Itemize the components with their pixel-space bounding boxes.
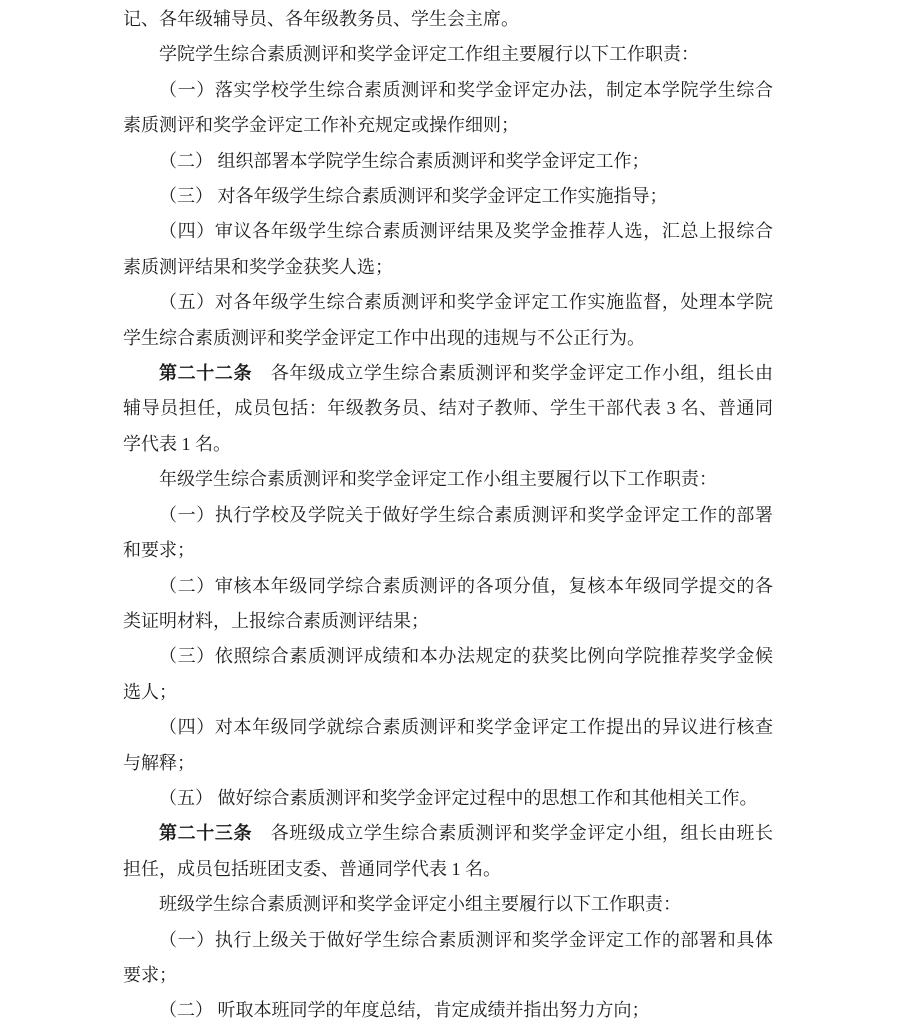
text-run: 素质测评结果和奖学金获奖人选；	[123, 257, 393, 277]
text-line: （二）审核本年级同学综合素质测评的各项分值，复核本年级同学提交的各	[123, 569, 773, 604]
text-line: 学院学生综合素质测评和奖学金评定工作组主要履行以下工作职责：	[123, 37, 773, 72]
text-line: 素质测评和奖学金评定工作补充规定或操作细则；	[123, 108, 773, 143]
text-line: 辅导员担任，成员包括：年级教务员、结对子教师、学生干部代表 3 名、普通同	[123, 391, 773, 426]
text-run: （二） 听取本班同学的年度总结，肯定成绩并指出努力方向；	[159, 1000, 650, 1020]
text-run: 选人；	[123, 682, 177, 702]
text-line: （四）对本年级同学就综合素质测评和奖学金评定工作提出的异议进行核查	[123, 710, 773, 745]
text-run: （一）执行上级关于做好学生综合素质测评和奖学金评定工作的部署和具体	[159, 930, 773, 950]
text-run: 年级学生综合素质测评和奖学金评定工作小组主要履行以下工作职责：	[159, 469, 717, 489]
article-number-bold-run: 第二十二条	[159, 363, 252, 383]
text-run: 与解释；	[123, 753, 195, 773]
text-line: （三） 对各年级学生综合素质测评和奖学金评定工作实施指导；	[123, 179, 773, 214]
text-line: （一）落实学校学生综合素质测评和奖学金评定办法，制定本学院学生综合	[123, 73, 773, 108]
text-line: 素质测评结果和奖学金获奖人选；	[123, 250, 773, 285]
text-run: 要求；	[123, 965, 177, 985]
text-line: 年级学生综合素质测评和奖学金评定工作小组主要履行以下工作职责：	[123, 462, 773, 497]
text-run: （五） 做好综合素质测评和奖学金评定过程中的思想工作和其他相关工作。	[159, 788, 758, 808]
text-line: 类证明材料，上报综合素质测评结果；	[123, 604, 773, 639]
text-line: 与解释；	[123, 746, 773, 781]
text-line: 和要求；	[123, 533, 773, 568]
text-run: 类证明材料，上报综合素质测评结果；	[123, 611, 429, 631]
text-line: 担任，成员包括班团支委、普通同学代表 1 名。	[123, 852, 773, 887]
text-run: 各年级成立学生综合素质测评和奖学金评定工作小组，组长由	[252, 363, 773, 383]
text-line: 学生综合素质测评和奖学金评定工作中出现的违规与不公正行为。	[123, 321, 773, 356]
text-line: （一）执行上级关于做好学生综合素质测评和奖学金评定工作的部署和具体	[123, 923, 773, 958]
text-run: 各班级成立学生综合素质测评和奖学金评定小组，组长由班长	[252, 823, 773, 843]
text-line: 班级学生综合素质测评和奖学金评定小组主要履行以下工作职责：	[123, 887, 773, 922]
text-run: （二） 组织部署本学院学生综合素质测评和奖学金评定工作；	[159, 151, 650, 171]
text-line: （五） 做好综合素质测评和奖学金评定过程中的思想工作和其他相关工作。	[123, 781, 773, 816]
article-number-bold-run: 第二十三条	[159, 823, 252, 843]
text-run: 记、各年级辅导员、各年级教务员、学生会主席。	[123, 9, 519, 29]
text-line: 选人；	[123, 675, 773, 710]
text-line: 记、各年级辅导员、各年级教务员、学生会主席。	[123, 2, 773, 37]
text-run: （一）执行学校及学院关于做好学生综合素质测评和奖学金评定工作的部署	[159, 505, 773, 525]
text-line: （四）审议各年级学生综合素质测评结果及奖学金推荐人选，汇总上报综合	[123, 214, 773, 249]
text-run: 学代表 1 名。	[123, 434, 231, 454]
text-run: 素质测评和奖学金评定工作补充规定或操作细则；	[123, 115, 519, 135]
text-line: （五）对各年级学生综合素质测评和奖学金评定工作实施监督，处理本学院	[123, 285, 773, 320]
document-body: 记、各年级辅导员、各年级教务员、学生会主席。学院学生综合素质测评和奖学金评定工作…	[123, 2, 773, 1029]
text-run: （四）对本年级同学就综合素质测评和奖学金评定工作提出的异议进行核查	[159, 717, 773, 737]
text-run: 班级学生综合素质测评和奖学金评定小组主要履行以下工作职责：	[159, 894, 681, 914]
text-line: （二） 听取本班同学的年度总结，肯定成绩并指出努力方向；	[123, 993, 773, 1028]
text-line: （二） 组织部署本学院学生综合素质测评和奖学金评定工作；	[123, 144, 773, 179]
text-run: （二）审核本年级同学综合素质测评的各项分值，复核本年级同学提交的各	[159, 576, 773, 596]
text-line: （三）依照综合素质测评成绩和本办法规定的获奖比例向学院推荐奖学金候	[123, 639, 773, 674]
text-run: 学院学生综合素质测评和奖学金评定工作组主要履行以下工作职责：	[159, 44, 699, 64]
text-run: 担任，成员包括班团支委、普通同学代表 1 名。	[123, 859, 501, 879]
text-run: 学生综合素质测评和奖学金评定工作中出现的违规与不公正行为。	[123, 328, 645, 348]
text-line: （一）执行学校及学院关于做好学生综合素质测评和奖学金评定工作的部署	[123, 498, 773, 533]
text-run: 辅导员担任，成员包括：年级教务员、结对子教师、学生干部代表 3 名、普通同	[123, 398, 773, 418]
text-line: 第二十二条 各年级成立学生综合素质测评和奖学金评定工作小组，组长由	[123, 356, 773, 391]
document-page: 记、各年级辅导员、各年级教务员、学生会主席。学院学生综合素质测评和奖学金评定工作…	[0, 0, 900, 1029]
text-run: （一）落实学校学生综合素质测评和奖学金评定办法，制定本学院学生综合	[159, 80, 773, 100]
text-line: 要求；	[123, 958, 773, 993]
text-run: （三） 对各年级学生综合素质测评和奖学金评定工作实施指导；	[159, 186, 668, 206]
text-run: （三）依照综合素质测评成绩和本办法规定的获奖比例向学院推荐奖学金候	[159, 646, 773, 666]
text-line: 学代表 1 名。	[123, 427, 773, 462]
text-line: 第二十三条 各班级成立学生综合素质测评和奖学金评定小组，组长由班长	[123, 816, 773, 851]
text-run: （五）对各年级学生综合素质测评和奖学金评定工作实施监督，处理本学院	[159, 292, 773, 312]
text-run: 和要求；	[123, 540, 195, 560]
text-run: （四）审议各年级学生综合素质测评结果及奖学金推荐人选，汇总上报综合	[159, 221, 773, 241]
